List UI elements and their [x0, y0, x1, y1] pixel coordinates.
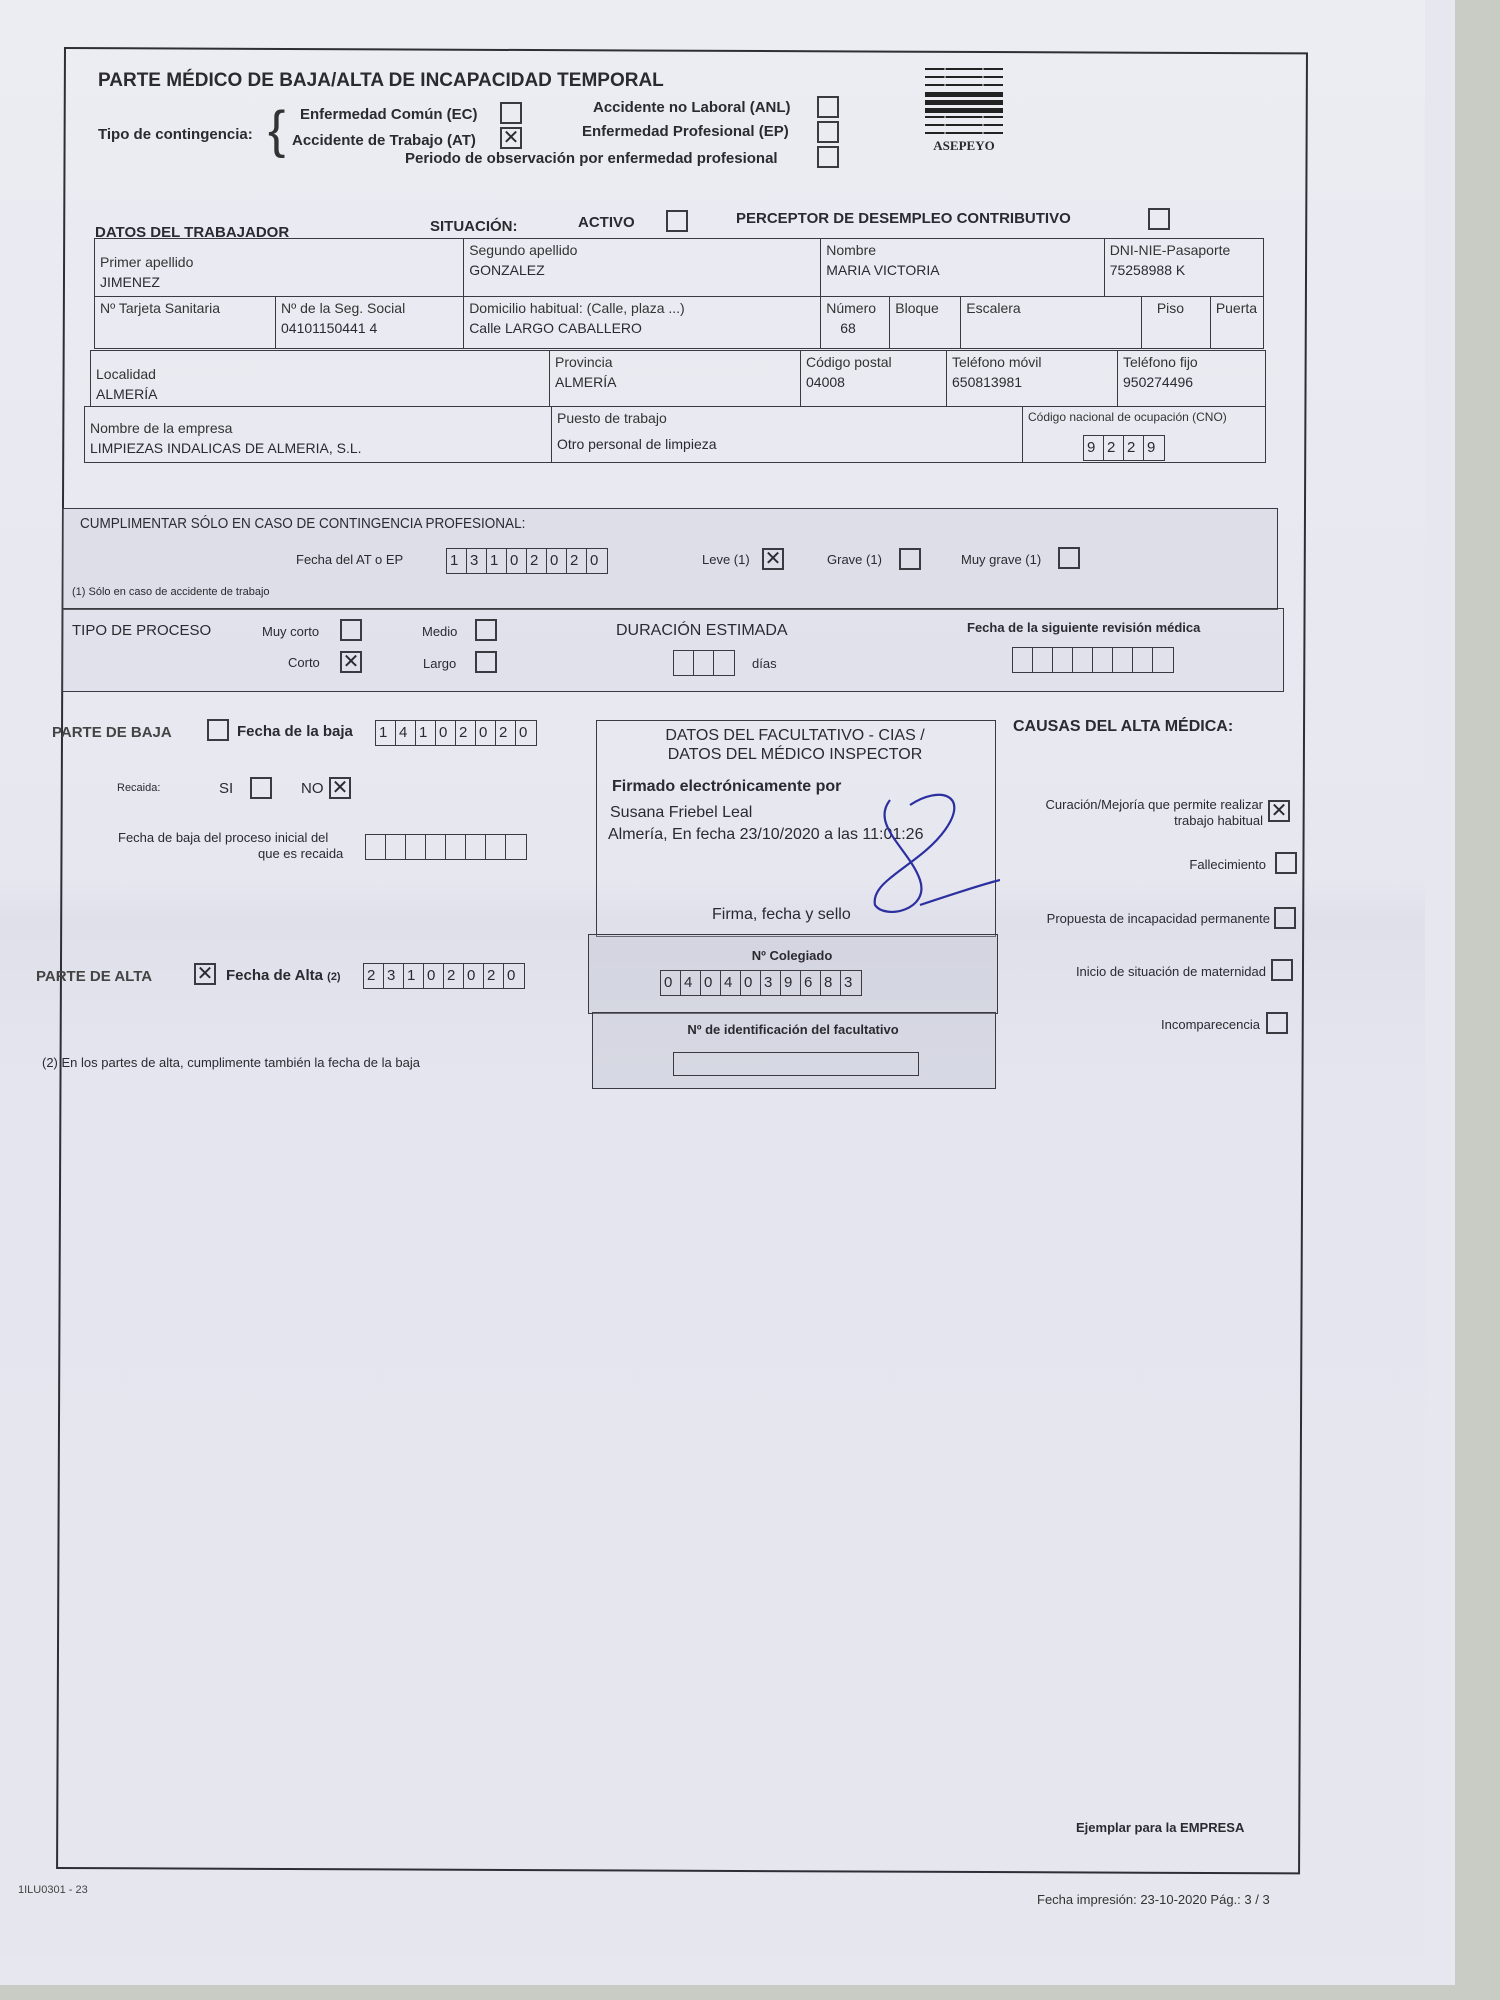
worker-data-table: Primer apellido JIMENEZ Segundo apellido…: [94, 238, 1264, 349]
nombre-value: MARIA VICTORIA: [826, 262, 1098, 278]
causa-maternidad-checkbox[interactable]: [1271, 959, 1293, 981]
alta-note: (2) En los partes de alta, cumplimente t…: [42, 1055, 420, 1070]
check-x-icon: ✕: [197, 963, 214, 985]
perceptor-label: PERCEPTOR DE DESEMPLEO CONTRIBUTIVO: [736, 210, 1071, 227]
digit-cell: 9: [781, 971, 801, 995]
digit-cell: 2: [567, 549, 587, 573]
dias-label: días: [752, 656, 777, 671]
telefono-movil-cell: Teléfono móvil 650813981: [947, 351, 1118, 407]
digit-cell: 1: [416, 721, 436, 745]
causa-incapacidad-checkbox[interactable]: [1274, 907, 1296, 929]
fecha-at-label: Fecha del AT o EP: [296, 552, 403, 567]
handwritten-signature: [850, 785, 1000, 915]
print-info: Fecha impresión: 23-10-2020 Pág.: 3 / 3: [1037, 1892, 1270, 1907]
digit-cell: 1: [447, 549, 467, 573]
causa-incomparecencia-checkbox[interactable]: [1266, 1012, 1288, 1034]
digit-cell: 0: [504, 964, 524, 988]
numero-value: 68: [826, 320, 884, 336]
revision-label: Fecha de la siguiente revisión médica: [967, 620, 1200, 635]
digit-cell: 0: [507, 549, 527, 573]
digit-cell: 2: [444, 964, 464, 988]
recaida-si-checkbox[interactable]: [250, 777, 272, 799]
largo-label: Largo: [423, 656, 456, 671]
localidad-value: ALMERÍA: [96, 386, 544, 402]
digit-cell: 2: [527, 549, 547, 573]
digit-cell: 0: [464, 964, 484, 988]
contingency-at-label: Accidente de Trabajo (AT): [292, 132, 476, 149]
worker-location-table: Localidad ALMERÍA Provincia ALMERÍA Códi…: [90, 350, 1266, 407]
colegiado-digits: 0404039683: [660, 970, 862, 996]
digit-cell: 0: [741, 971, 761, 995]
causa-incomparecencia-label: Incomparecencia: [998, 1017, 1260, 1032]
digit-cell: 9: [1144, 436, 1164, 460]
primer-apellido-cell: Primer apellido JIMENEZ: [95, 239, 464, 297]
muy-corto-label: Muy corto: [262, 624, 319, 639]
digit-cell: 0: [587, 549, 607, 573]
digit-cell: 1: [376, 721, 396, 745]
duracion-label: DURACIÓN ESTIMADA: [616, 622, 788, 640]
cno-digits: 9229: [1083, 435, 1165, 461]
leve-label: Leve (1): [702, 552, 750, 567]
worker-employment-table: Nombre de la empresa LIMPIEZAS INDALICAS…: [84, 406, 1266, 463]
check-x-icon: ✕: [765, 548, 782, 570]
parte-baja-checkbox[interactable]: [207, 719, 229, 741]
digit-cell: 4: [721, 971, 741, 995]
contingency-ec-checkbox[interactable]: [500, 102, 522, 124]
digit-cell: 0: [701, 971, 721, 995]
check-x-icon: ✕: [343, 651, 360, 673]
digit-cell: 8: [821, 971, 841, 995]
digit-cell: 0: [661, 971, 681, 995]
digit-cell: 3: [761, 971, 781, 995]
primer-apellido-value: JIMENEZ: [100, 274, 458, 290]
domicilio-value: Calle LARGO CABALLERO: [469, 320, 815, 336]
check-x-icon: ✕: [503, 127, 520, 149]
causa-curacion-checkbox[interactable]: ✕: [1268, 800, 1290, 822]
tarjeta-sanitaria-cell: Nº Tarjeta Sanitaria: [95, 297, 276, 349]
telefono-fijo-value: 950274496: [1123, 374, 1260, 390]
domicilio-cell: Domicilio habitual: (Calle, plaza ...) C…: [464, 297, 821, 349]
fecha-at-digits: 13102020: [446, 548, 608, 574]
corto-label: Corto: [288, 655, 320, 670]
seg-social-value: 04101150441 4: [281, 320, 458, 336]
grave-label: Grave (1): [827, 552, 882, 567]
check-x-icon: ✕: [1271, 800, 1288, 822]
contingency-observacion-checkbox[interactable]: [817, 146, 839, 168]
contingency-anl-checkbox[interactable]: [817, 96, 839, 118]
contingency-ec-label: Enfermedad Común (EC): [300, 106, 478, 123]
telefono-fijo-cell: Teléfono fijo 950274496: [1118, 351, 1266, 407]
digit-cell: 4: [396, 721, 416, 745]
digit-cell: 0: [436, 721, 456, 745]
fecha-inicial-label-2: que es recaida: [258, 846, 343, 861]
digit-cell: 3: [384, 964, 404, 988]
largo-checkbox[interactable]: [475, 651, 497, 673]
firma-label: Firma, fecha y sello: [712, 906, 851, 924]
causa-curacion-label: Curación/Mejoría que permite realizar tr…: [998, 797, 1263, 829]
empresa-value: LIMPIEZAS INDALICAS DE ALMERIA, S.L.: [90, 440, 546, 456]
activo-checkbox[interactable]: [666, 210, 688, 232]
digit-cell: 3: [841, 971, 861, 995]
codigo-postal-cell: Código postal 04008: [801, 351, 947, 407]
escalera-cell: Escalera: [961, 297, 1142, 349]
recaida-label: Recaida:: [117, 782, 160, 794]
grave-checkbox[interactable]: [899, 548, 921, 570]
digit-cell: 0: [476, 721, 496, 745]
muy-grave-checkbox[interactable]: [1058, 547, 1080, 569]
form-code: 1ILU0301 - 23: [18, 1884, 88, 1896]
codigo-postal-value: 04008: [806, 374, 941, 390]
digit-cell: 3: [467, 549, 487, 573]
fecha-inicial-input[interactable]: [365, 834, 527, 860]
puerta-cell: Puerta: [1210, 297, 1263, 349]
contingency-observacion-label: Periodo de observación por enfermedad pr…: [405, 150, 778, 167]
digit-cell: 4: [681, 971, 701, 995]
nombre-cell: Nombre MARIA VICTORIA: [821, 239, 1104, 297]
fecha-baja-digits: 14102020: [375, 720, 537, 746]
contingency-ep-label: Enfermedad Profesional (EP): [582, 123, 789, 140]
colegiado-label: Nº Colegiado: [588, 948, 996, 963]
digit-cell: 0: [424, 964, 444, 988]
causa-incapacidad-label: Propuesta de incapacidad permanente: [998, 911, 1270, 926]
cno-cell: Código nacional de ocupación (CNO) 9229: [1023, 407, 1266, 463]
fecha-alta-label: Fecha de Alta (2): [226, 967, 341, 984]
recaida-si-label: SI: [219, 780, 233, 797]
muy-grave-label: Muy grave (1): [961, 552, 1041, 567]
contingency-ep-checkbox[interactable]: [817, 121, 839, 143]
signed-by-label: Firmado electrónicamente por: [612, 778, 841, 796]
digit-cell: 2: [1104, 436, 1124, 460]
fecha-alta-digits: 23102020: [363, 963, 525, 989]
parte-alta-checkbox[interactable]: ✕: [194, 963, 216, 985]
identificacion-label: Nº de identificación del facultativo: [592, 1022, 994, 1037]
contingency-label: Tipo de contingencia:: [98, 126, 253, 143]
facultativo-title: DATOS DEL FACULTATIVO - CIAS / DATOS DEL…: [596, 726, 994, 764]
recaida-no-checkbox[interactable]: ✕: [329, 777, 351, 799]
provincia-value: ALMERÍA: [555, 374, 795, 390]
digit-cell: 0: [516, 721, 536, 745]
digit-cell: 1: [487, 549, 507, 573]
digit-cell: 6: [801, 971, 821, 995]
digit-cell: 2: [364, 964, 384, 988]
piso-cell: Piso: [1141, 297, 1210, 349]
digit-cell: 2: [484, 964, 504, 988]
muy-corto-checkbox[interactable]: [340, 619, 362, 641]
recaida-no-label: NO: [301, 780, 324, 797]
seg-social-cell: Nº de la Seg. Social 04101150441 4: [276, 297, 464, 349]
professional-note: (1) Sólo en caso de accidente de trabajo: [72, 586, 270, 598]
numero-cell: Número 68: [821, 297, 890, 349]
corto-checkbox[interactable]: ✕: [340, 651, 362, 673]
situacion-label: SITUACIÓN:: [430, 218, 518, 235]
digit-cell: 2: [456, 721, 476, 745]
perceptor-checkbox[interactable]: [1148, 208, 1170, 230]
signer-name: Susana Friebel Leal: [610, 804, 752, 822]
digit-cell: 1: [404, 964, 424, 988]
form-title: PARTE MÉDICO DE BAJA/ALTA DE INCAPACIDAD…: [98, 70, 664, 92]
empresa-cell: Nombre de la empresa LIMPIEZAS INDALICAS…: [85, 407, 552, 463]
digit-cell: 9: [1084, 436, 1104, 460]
medio-label: Medio: [422, 624, 457, 639]
ejemplar-label: Ejemplar para la EMPRESA: [1076, 1820, 1244, 1835]
contingency-anl-label: Accidente no Laboral (ANL): [593, 99, 791, 116]
dni-value: 75258988 K: [1110, 262, 1258, 278]
parte-alta-title: PARTE DE ALTA: [36, 968, 152, 985]
brace-icon: {: [268, 100, 285, 160]
asepeyo-logo: ASEPEYO: [925, 68, 1003, 154]
dni-cell: DNI-NIE-Pasaporte 75258988 K: [1104, 239, 1263, 297]
identificacion-input[interactable]: [673, 1052, 919, 1076]
telefono-movil-value: 650813981: [952, 374, 1112, 390]
professional-title: CUMPLIMENTAR SÓLO EN CASO DE CONTINGENCI…: [80, 515, 525, 532]
causa-fallecimiento-checkbox[interactable]: [1275, 852, 1297, 874]
tipo-proceso-label: TIPO DE PROCESO: [72, 622, 211, 639]
causas-title: CAUSAS DEL ALTA MÉDICA:: [1013, 718, 1233, 736]
segundo-apellido-cell: Segundo apellido GONZALEZ: [464, 239, 821, 297]
leve-checkbox[interactable]: ✕: [762, 548, 784, 570]
revision-date-input[interactable]: [1012, 647, 1174, 673]
document-page: PARTE MÉDICO DE BAJA/ALTA DE INCAPACIDAD…: [0, 0, 1425, 1955]
activo-label: ACTIVO: [578, 214, 635, 231]
digit-cell: 2: [1124, 436, 1144, 460]
puesto-cell: Puesto de trabajo Otro personal de limpi…: [552, 407, 1023, 463]
parte-baja-title: PARTE DE BAJA: [52, 724, 172, 741]
digit-cell: 2: [496, 721, 516, 745]
medio-checkbox[interactable]: [475, 619, 497, 641]
check-x-icon: ✕: [332, 777, 349, 799]
logo-text: ASEPEYO: [925, 138, 1003, 154]
causa-maternidad-label: Inicio de situación de maternidad: [998, 964, 1266, 979]
localidad-cell: Localidad ALMERÍA: [91, 351, 550, 407]
causa-fallecimiento-label: Fallecimiento: [998, 857, 1266, 872]
puesto-value: Otro personal de limpieza: [557, 436, 1017, 452]
provincia-cell: Provincia ALMERÍA: [550, 351, 801, 407]
bloque-cell: Bloque: [890, 297, 961, 349]
duracion-input[interactable]: [673, 650, 735, 676]
segundo-apellido-value: GONZALEZ: [469, 262, 815, 278]
fecha-inicial-label-1: Fecha de baja del proceso inicial del: [118, 830, 328, 845]
contingency-at-checkbox[interactable]: ✕: [500, 127, 522, 149]
digit-cell: 0: [547, 549, 567, 573]
fecha-baja-label: Fecha de la baja: [237, 723, 353, 740]
